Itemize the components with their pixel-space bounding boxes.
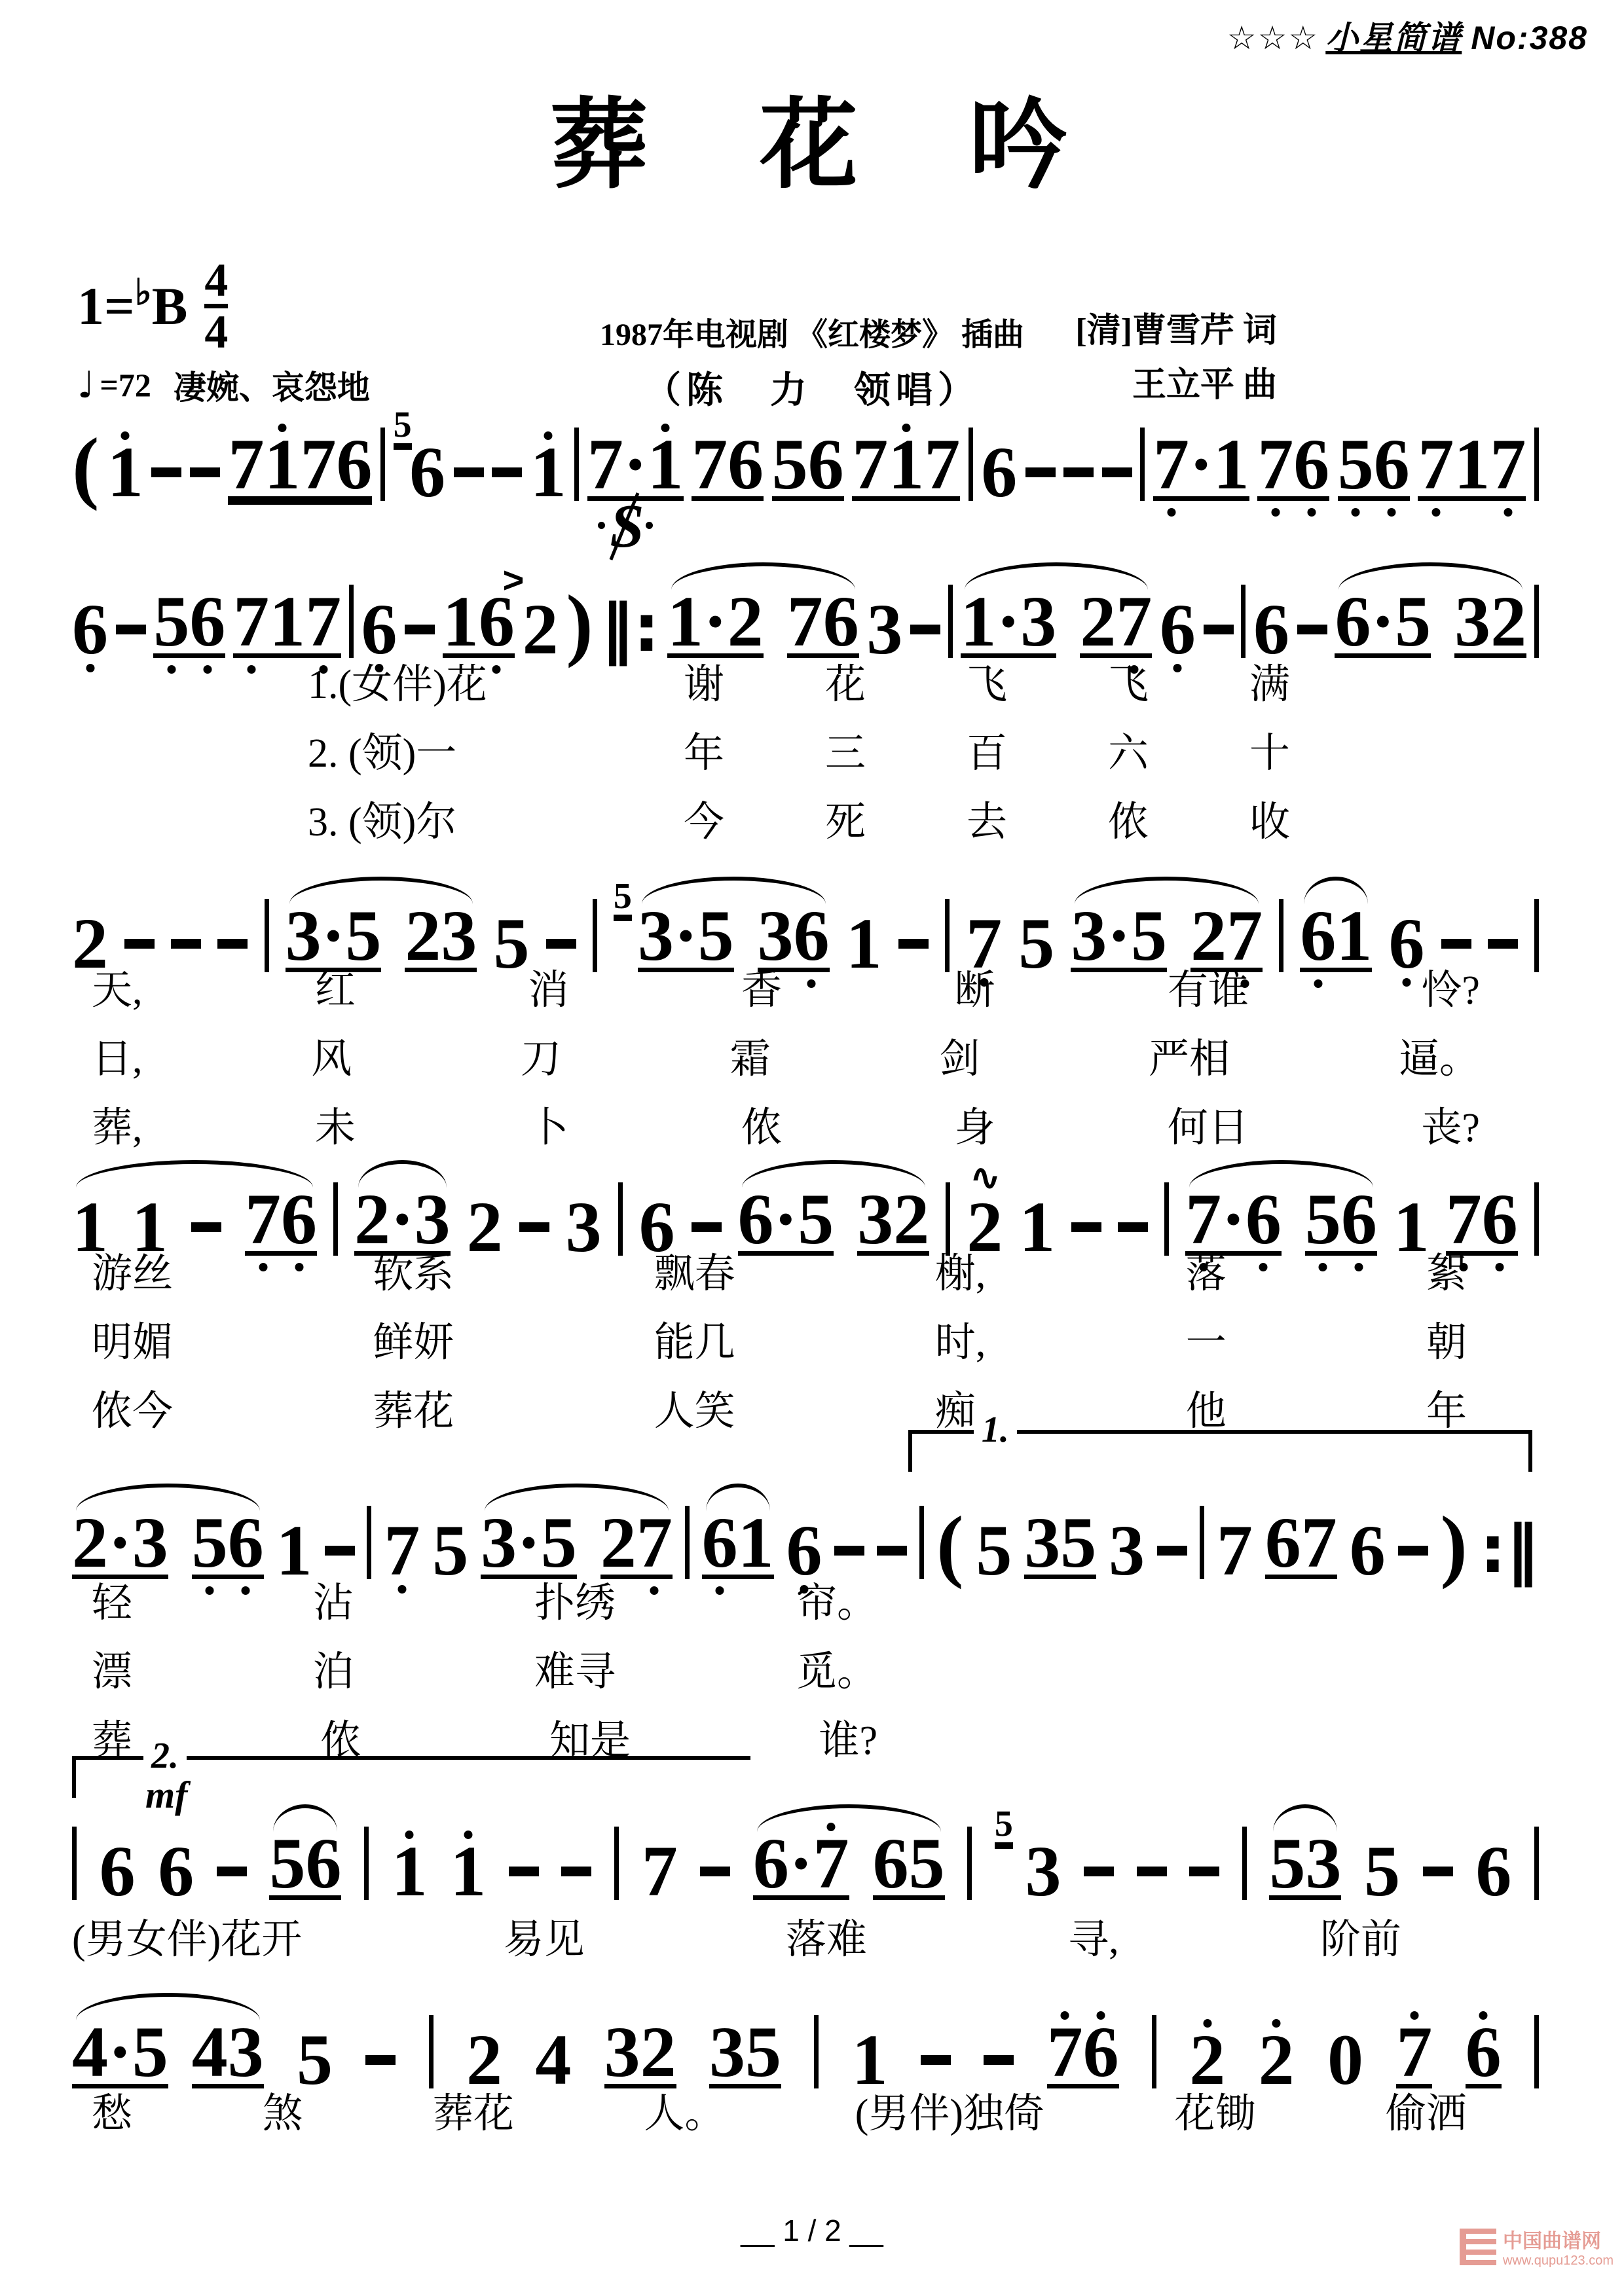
note-group: 717: [852, 435, 960, 501]
note-group: 7: [642, 1842, 678, 1900]
lyric-cell: 3. (领)尔: [308, 789, 583, 847]
tempo-marking: ♩=72 凄婉、哀怨地: [77, 361, 370, 409]
note-group: 6: [1160, 600, 1196, 658]
lyric-cell: 煞: [262, 2081, 303, 2139]
duration-dash-icon: [1189, 1867, 1219, 1876]
lyric-cell: 霜: [730, 1026, 771, 1084]
lyric-cell: 谢: [684, 651, 724, 710]
duration-dash-icon: [365, 2055, 396, 2065]
barline-icon: [1241, 585, 1246, 658]
note-group: 5: [297, 2031, 333, 2088]
note-group: 1: [107, 443, 143, 501]
note-group: 27: [600, 1514, 673, 1579]
duration-dash-icon: [921, 2055, 951, 2065]
composer-credit: 王立平 曲: [1132, 357, 1277, 406]
note-group: 6: [981, 443, 1017, 501]
issue-number: No:388: [1471, 20, 1588, 56]
duration-dash-icon: [834, 1546, 864, 1556]
note-group: 6·5: [1335, 592, 1431, 658]
barline-icon: [814, 2015, 819, 2088]
lyric-cell: 侬今: [92, 1378, 173, 1436]
lyric-cell: 飞: [967, 651, 1007, 710]
lyric-cell: 死: [825, 789, 866, 847]
lyric-cell: 葬花: [433, 2081, 514, 2139]
first-ending-bracket: 1.: [908, 1430, 1532, 1472]
note-group: 32: [604, 2023, 676, 2088]
lyric-cell: 百: [967, 720, 1007, 778]
duration-dash-icon: [877, 1546, 907, 1556]
lyric-cell: 扑绣: [534, 1570, 616, 1628]
note-group: 35: [1024, 1514, 1096, 1579]
dynamic-marking: mf: [145, 1773, 187, 1817]
note-group: 76: [1047, 2023, 1119, 2088]
lyric-cell: 榭,: [935, 1241, 986, 1299]
duration-dash-icon: [217, 1867, 247, 1876]
note-group: 56: [1338, 435, 1410, 501]
lyric-cell: 2. (领)一: [308, 720, 583, 778]
lyric-cell: (男女伴)花开: [72, 1906, 302, 1965]
system-2-row: 6567176162)‖:S1·27631·327666·532: [72, 560, 1539, 658]
note-group: 1: [852, 2031, 888, 2088]
brand-name: 小星简谱: [1325, 20, 1462, 56]
lyric-row: 1.(女伴)花谢花飞飞满: [308, 651, 1290, 710]
lyric-cell: 软系: [373, 1241, 454, 1299]
lyric-cell: 轻: [92, 1570, 132, 1628]
barline-icon: [1140, 428, 1145, 501]
lyric-cell: (男伴)独倚: [855, 2081, 1044, 2139]
lyric-cell: 怜?: [1421, 957, 1480, 1015]
note-group: 1: [392, 1842, 428, 1900]
lyric-row: (男女伴)花开易见落难寻,阶前: [72, 1906, 1401, 1965]
phrase-paren: ): [1441, 1510, 1467, 1579]
music-system-5: 1. 2·3561753·527616(53537676):‖: [72, 1481, 1539, 1579]
slur-group: 53: [1269, 1834, 1341, 1900]
barline-icon: [574, 428, 579, 501]
note-group: 56: [269, 1834, 341, 1900]
lyric-row: 3. (领)尔今死去侬收: [308, 789, 1290, 847]
duration-dash-icon: [171, 939, 201, 949]
duration-dash-icon: [492, 467, 522, 477]
lyric-cell: 红: [315, 957, 356, 1015]
lyric-cell: 落: [1186, 1241, 1227, 1299]
expression-text: 凄婉、哀怨地: [174, 361, 370, 409]
lyric-cell: 愁: [92, 2081, 132, 2139]
duration-dash-icon: [191, 1222, 221, 1232]
duration-dash-icon: [1084, 1867, 1114, 1876]
note-group: 76: [787, 592, 859, 658]
lyric-cell: 能几: [654, 1309, 735, 1368]
slur-group: 3·527: [481, 1514, 673, 1579]
meter-denominator: 4: [204, 304, 228, 355]
note-group: 6: [72, 600, 108, 658]
watermark-url: www.qupu123.com: [1503, 2253, 1614, 2269]
lyric-cell: 年: [684, 720, 724, 778]
note-group: 7: [1217, 1522, 1253, 1579]
lyric-cell: 逼。: [1399, 1026, 1480, 1084]
lyric-cell: 人笑: [654, 1378, 735, 1436]
lyrics-block-verses-4: 轻沾扑绣帘。漂泊难寻觅。葬侬知是谁?: [92, 1570, 877, 1776]
barline-icon: [969, 428, 973, 501]
lyric-cell: 难寻: [534, 1639, 616, 1697]
duration-dash-icon: [700, 1867, 730, 1876]
meter-numerator: 4: [204, 257, 228, 304]
lyric-cell: 葬花: [373, 1378, 454, 1436]
note-group: 0: [1327, 2031, 1363, 2088]
key-letter: B: [152, 276, 188, 337]
lyric-cell: 飘春: [654, 1241, 735, 1299]
lyric-cell: 偷洒: [1386, 2081, 1467, 2139]
duration-dash-icon: [1118, 1222, 1148, 1232]
duration-dash-icon: [454, 467, 484, 477]
lyric-row: 天,红消香断有谁怜?: [92, 957, 1480, 1015]
lyric-cell: 卜: [528, 1095, 568, 1153]
slur-group: 6·765: [753, 1834, 945, 1900]
lyric-cell: 天,: [92, 957, 143, 1015]
system-1-row: (171765617·1765671767·17656717: [72, 403, 1539, 501]
barline-icon: [367, 1506, 371, 1579]
lyric-cell: 严相: [1149, 1026, 1230, 1084]
lyric-cell: 漂: [92, 1639, 132, 1697]
lyric-cell: 易见: [504, 1906, 585, 1965]
key-prefix: 1=: [77, 276, 135, 337]
note-group: 56: [772, 435, 844, 501]
tempo-value: =72: [100, 366, 151, 404]
quarter-note-icon: ♩: [77, 364, 94, 407]
lyric-cell: 六: [1108, 720, 1149, 778]
lyrics-block-verses-2: 天,红消香断有谁怜?日,风刀霜剑严相逼。葬,未卜侬身何日丧?: [92, 957, 1480, 1163]
key-signature: 1=♭B 4 4: [77, 257, 228, 355]
duration-dash-icon: [1102, 467, 1132, 477]
lyric-row: 日,风刀霜剑严相逼。: [92, 1026, 1480, 1084]
lyric-row: 侬今葬花人笑痴,他年: [92, 1378, 1467, 1436]
lyric-row: 明媚鲜妍能几时,一朝: [92, 1309, 1467, 1368]
barline-icon: [967, 1827, 972, 1900]
music-system-6: 2. mf 66561176·765535356: [72, 1802, 1539, 1900]
lyric-cell: 风: [311, 1026, 352, 1084]
lyric-cell: 朝: [1426, 1309, 1467, 1368]
duration-dash-icon: [116, 625, 146, 634]
system-6-row: 66561176·765535356: [72, 1802, 1539, 1900]
note-group: 4·5: [72, 2023, 168, 2088]
lyric-cell: 三: [825, 720, 866, 778]
volta-1-label: 1.: [974, 1409, 1017, 1451]
segno-icon: S: [603, 496, 645, 561]
duration-dash-icon: [692, 1222, 722, 1232]
note-group: 6: [409, 443, 445, 501]
duration-dash-icon: [1398, 1546, 1428, 1556]
barline-icon: [1242, 1827, 1247, 1900]
note-group: 1: [530, 443, 566, 501]
music-system-7: 4·543524323517622076: [72, 1990, 1539, 2088]
lyric-cell: 去: [967, 789, 1007, 847]
duration-dash-icon: [984, 2055, 1014, 2065]
duration-dash-icon: [1297, 625, 1327, 634]
lyric-cell: 觅。: [796, 1639, 877, 1697]
duration-dash-icon: [519, 1222, 549, 1232]
duration-dash-icon: [1071, 1222, 1101, 1232]
lyric-cell: 十: [1249, 720, 1290, 778]
sheet-music-page: { "header": {"stars": "☆☆☆", "brand": "小…: [0, 0, 1624, 2296]
barline-icon: [1534, 899, 1539, 972]
barline-icon: [614, 1827, 619, 1900]
lyric-cell: 一: [1186, 1309, 1227, 1368]
phrase-paren: (: [936, 1510, 963, 1579]
system-7-row: 4·543524323517622076: [72, 1990, 1539, 2088]
barline-icon: [349, 585, 354, 658]
barline-icon: [380, 428, 385, 501]
lyric-cell: 满: [1249, 651, 1290, 710]
lyrics-block-verses-1: 1.(女伴)花谢花飞飞满2. (领)一年三百六十3. (领)尔今死去侬收: [308, 651, 1290, 858]
note-group: 2: [523, 600, 559, 658]
watermark-site: 中国曲谱网: [1503, 2225, 1614, 2253]
lyric-cell: 未: [315, 1095, 356, 1153]
lyric-row: 愁煞葬花人。(男伴)独倚花锄偷洒: [92, 2081, 1467, 2139]
lyric-cell: 年: [1426, 1378, 1467, 1436]
lyric-row: 漂泊难寻觅。: [92, 1639, 877, 1697]
barline-icon: [1152, 2015, 1156, 2088]
lyric-cell: 帘。: [796, 1570, 877, 1628]
lyric-cell: 落难: [786, 1906, 867, 1965]
phrase-paren: ): [566, 589, 593, 658]
flat-icon: ♭: [135, 271, 152, 313]
lyric-cell: 沾: [313, 1570, 354, 1628]
duration-dash-icon: [1423, 1867, 1453, 1876]
lyrics-block-chorus-2: 愁煞葬花人。(男伴)独倚花锄偷洒: [92, 2081, 1467, 2149]
lyric-cell: 鲜妍: [373, 1309, 454, 1368]
lyric-cell: 泊: [313, 1639, 354, 1697]
lyric-cell: 明媚: [92, 1309, 173, 1368]
slur-group: 4·543: [72, 2023, 264, 2088]
note-group: 4: [535, 2031, 571, 2088]
note-group: 6·7: [753, 1834, 849, 1900]
note-group: 7·1: [1153, 435, 1249, 501]
lyric-cell: 今: [684, 789, 724, 847]
duration-dash-icon: [898, 939, 929, 949]
barline-icon: [1534, 585, 1539, 658]
duration-dash-icon: [217, 939, 248, 949]
note-group: 3: [1025, 1842, 1061, 1900]
barline-icon: [1200, 1506, 1204, 1579]
note-group: 6: [1253, 600, 1289, 658]
lyricist-credit: [清]曹雪芹 词: [1075, 302, 1277, 352]
page-number: __ 1 / 2 __: [0, 2213, 1624, 2248]
duration-dash-icon: [151, 467, 181, 477]
music-system-1: (171765617·1765671767·17656717: [72, 403, 1539, 501]
lyric-cell: 葬,: [92, 1095, 143, 1153]
note-group: 16: [443, 592, 515, 658]
lyric-cell: 身: [954, 1095, 995, 1153]
song-title: 葬 花 吟: [0, 65, 1624, 207]
note-group: 1·2: [667, 592, 764, 658]
note-group: 56: [153, 592, 225, 658]
duration-dash-icon: [1204, 625, 1234, 634]
duration-dash-icon: [325, 1546, 355, 1556]
lyric-cell: 剑: [939, 1026, 980, 1084]
duration-dash-icon: [190, 467, 220, 477]
lyric-cell: 何日: [1168, 1095, 1249, 1153]
barline-icon: [1534, 428, 1539, 501]
music-system-2: 6567176162)‖:S1·27631·327666·532: [72, 560, 1539, 658]
note-group: 5: [1364, 1842, 1400, 1900]
note-group: 7176: [228, 435, 372, 501]
repeat-end-icon: :‖: [1480, 1520, 1539, 1579]
note-group: 7·1: [587, 435, 684, 501]
barline-icon: [919, 1506, 924, 1579]
note-group: 43: [192, 2023, 264, 2088]
duration-dash-icon: [561, 1867, 591, 1876]
lyric-cell: 花: [825, 651, 866, 710]
note-group: 717: [233, 592, 341, 658]
note-group: 6: [1466, 2023, 1502, 2088]
lyric-cell: 飞: [1108, 651, 1149, 710]
watermark-logo-icon: [1460, 2229, 1496, 2265]
note-group: 6: [158, 1842, 194, 1900]
time-signature: 4 4: [204, 257, 228, 355]
lyric-cell: 他: [1186, 1378, 1227, 1436]
lyric-cell: 时,: [935, 1309, 986, 1368]
repeat-start-icon: ‖:S: [600, 599, 659, 658]
duration-dash-icon: [1025, 467, 1056, 477]
note-group: 2: [466, 2031, 502, 2088]
note-group: 3: [1109, 1522, 1145, 1579]
note-group: 1·3: [961, 592, 1057, 658]
stars-icon: ☆☆☆: [1227, 20, 1319, 56]
duration-dash-icon: [1137, 1867, 1167, 1876]
note-group: 2·3: [72, 1514, 168, 1579]
barline-icon: [1534, 1827, 1539, 1900]
barline-icon: [948, 585, 953, 658]
grace-note: 5: [614, 878, 632, 918]
note-group: 1: [450, 1842, 486, 1900]
watermark: 中国曲谱网 www.qupu123.com: [1460, 2225, 1614, 2269]
note-group: 2: [1189, 2031, 1225, 2088]
grace-note: 5: [995, 1806, 1013, 1846]
page-header: ☆☆☆小星简谱No:388: [1227, 12, 1588, 59]
note-group: 6: [100, 1842, 136, 1900]
note-group: 5: [976, 1522, 1012, 1579]
note-group: 65: [873, 1834, 945, 1900]
lyrics-block-verses-3: 游丝软系飘春榭,落絮明媚鲜妍能几时,一朝侬今葬花人笑痴,他年: [92, 1241, 1467, 1447]
slur-group: 61: [702, 1514, 774, 1579]
slur-group: 56: [269, 1834, 341, 1900]
lyric-cell: 日,: [92, 1026, 143, 1084]
note-group: 717: [1418, 435, 1526, 501]
note-group: 61: [702, 1514, 774, 1579]
note-group: 76: [692, 435, 764, 501]
lyric-cell: 丧?: [1421, 1095, 1480, 1153]
note-group: 56: [192, 1514, 264, 1579]
note-group: 2: [1259, 2031, 1295, 2088]
barline-icon: [72, 1827, 77, 1900]
note-group: 53: [1269, 1834, 1341, 1900]
note-group: 35: [709, 2023, 781, 2088]
lyric-cell: 收: [1249, 789, 1290, 847]
lyric-cell: 有谁: [1168, 957, 1249, 1015]
lyric-cell: 香: [741, 957, 782, 1015]
duration-dash-icon: [546, 939, 576, 949]
duration-dash-icon: [1063, 467, 1094, 477]
lyric-row: 轻沾扑绣帘。: [92, 1570, 877, 1628]
slur-group: 6·532: [1335, 592, 1526, 658]
note-group: 32: [1454, 592, 1526, 658]
lyric-cell: 花锄: [1174, 2081, 1255, 2139]
song-subtitle: 1987年电视剧 《红楼梦》 插曲: [0, 309, 1624, 354]
duration-dash-icon: [1441, 939, 1471, 949]
lyric-cell: 絮: [1426, 1241, 1467, 1299]
duration-dash-icon: [509, 1867, 539, 1876]
lyric-cell: 侬: [1108, 789, 1149, 847]
note-group: 27: [1080, 592, 1152, 658]
note-group: 76: [1257, 435, 1329, 501]
lyric-cell: 消: [528, 957, 568, 1015]
system-5-row: 2·3561753·527616(53537676):‖: [72, 1481, 1539, 1579]
barline-icon: [429, 2015, 434, 2088]
lyric-cell: 1.(女伴)花: [308, 651, 583, 710]
note-group: 6: [1475, 1842, 1511, 1900]
lyric-cell: 人。: [644, 2081, 725, 2139]
note-group: 67: [1265, 1514, 1337, 1579]
note-group: 3·5: [481, 1514, 577, 1579]
lyric-cell: 谁?: [819, 1707, 877, 1766]
duration-dash-icon: [124, 939, 155, 949]
barline-icon: [685, 1506, 690, 1579]
lyric-row: 2. (领)一年三百六十: [308, 720, 1290, 778]
lyrics-block-chorus-1: (男女伴)花开易见落难寻,阶前: [72, 1906, 1401, 1975]
lyric-row: 葬,未卜侬身何日丧?: [92, 1095, 1480, 1153]
note-group: 3: [866, 600, 902, 658]
note-group: 6: [1350, 1522, 1386, 1579]
barline-icon: [364, 1827, 369, 1900]
lyric-cell: 断: [954, 957, 995, 1015]
lyric-cell: 阶前: [1320, 1906, 1401, 1965]
slur-group: 1·327: [961, 592, 1153, 658]
phrase-paren: (: [72, 432, 99, 501]
volta-2-label: 2.: [143, 1735, 187, 1777]
note-group: 6: [361, 600, 397, 658]
lyric-cell: 刀: [521, 1026, 561, 1084]
lyric-cell: 侬: [741, 1095, 782, 1153]
lyric-row: 游丝软系飘春榭,落絮: [92, 1241, 1467, 1299]
duration-dash-icon: [910, 625, 940, 634]
slur-group: 1·276: [667, 592, 859, 658]
duration-dash-icon: [405, 625, 435, 634]
barline-icon: [1534, 1182, 1539, 1256]
duration-dash-icon: [1157, 1546, 1187, 1556]
barline-icon: [1534, 2015, 1539, 2088]
duration-dash-icon: [1488, 939, 1518, 949]
slur-group: 2·356: [72, 1514, 264, 1579]
note-group: 7: [1396, 2023, 1432, 2088]
lyric-cell: 游丝: [92, 1241, 173, 1299]
lyric-cell: 寻,: [1068, 1906, 1119, 1965]
